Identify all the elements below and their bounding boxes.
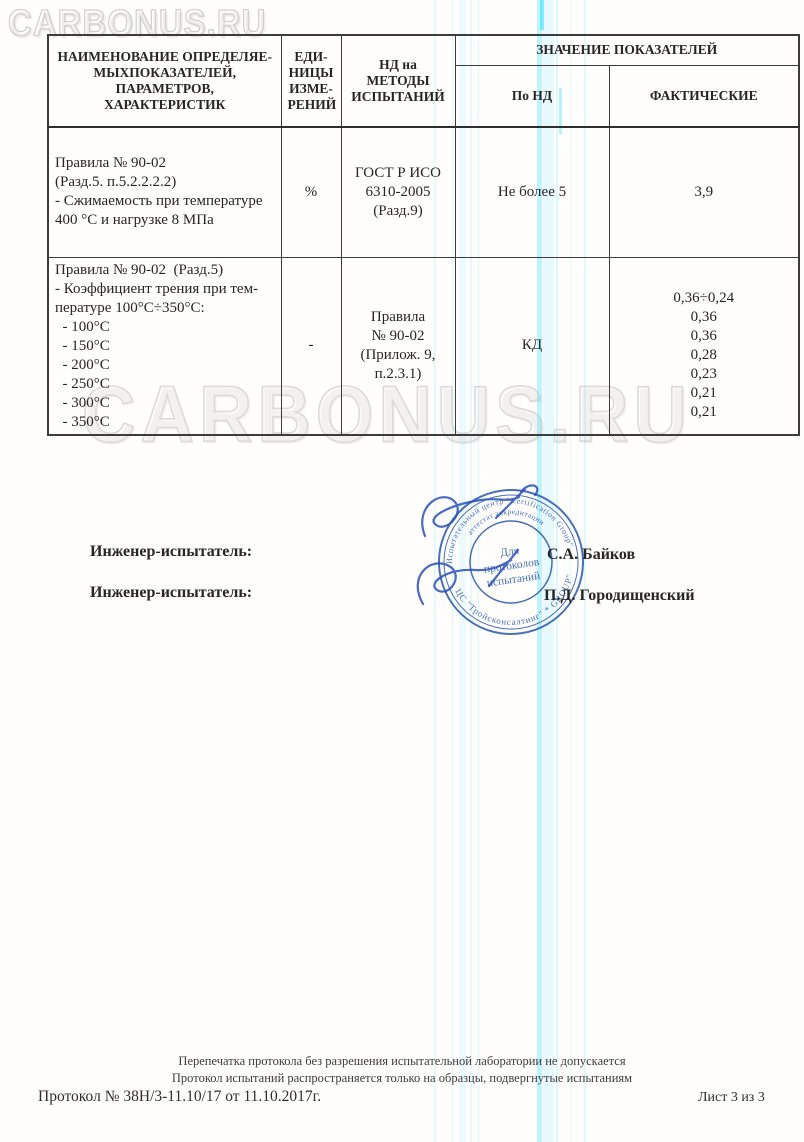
signature-name: С.А. Байков <box>547 546 635 564</box>
units-cell: - <box>281 257 341 435</box>
method-cell: ГОСТ Р ИСО 6310-2005 (Разд.9) <box>341 127 455 257</box>
signature-label: Инженер-испытатель: <box>90 543 252 561</box>
actual-value-cell: 0,36÷0,24 0,36 0,36 0,28 0,23 0,21 0,21 <box>609 257 799 435</box>
document-page: CARBONUS.RU CARBONUS.RU НАИМЕНОВАНИЕ ОПР… <box>0 0 804 1142</box>
results-table: НАИМЕНОВАНИЕ ОПРЕДЕЛЯЕ- МЫХПОКАЗАТЕЛЕЙ, … <box>47 34 800 436</box>
by-nd-cell: КД <box>455 257 609 435</box>
actual-value-cell: 3,9 <box>609 127 799 257</box>
header-method: НД на МЕТОДЫ ИСПЫТАНИЙ <box>341 35 455 127</box>
header-by-nd: По НД <box>455 65 609 127</box>
footer-notice-1: Перепечатка протокола без разрешения исп… <box>0 1054 804 1069</box>
scan-stripe <box>540 0 544 30</box>
table-header: НАИМЕНОВАНИЕ ОПРЕДЕЛЯЕ- МЫХПОКАЗАТЕЛЕЙ, … <box>48 35 799 127</box>
sheet-number: Лист 3 из 3 <box>698 1090 765 1106</box>
signature-label: Инженер-испытатель: <box>90 584 252 602</box>
table-row: Правила № 90-02 (Разд.5. п.5.2.2.2.2) - … <box>48 127 799 257</box>
header-parameter-name: НАИМЕНОВАНИЕ ОПРЕДЕЛЯЕ- МЫХПОКАЗАТЕЛЕЙ, … <box>48 35 281 127</box>
protocol-number: Протокол № 38Н/3-11.10/17 от 11.10.2017г… <box>38 1088 321 1106</box>
table-row: Правила № 90-02 (Разд.5) - Коэффициент т… <box>48 257 799 435</box>
param-name-cell: Правила № 90-02 (Разд.5) - Коэффициент т… <box>48 257 281 435</box>
method-cell: Правила № 90-02 (Прилож. 9, п.2.3.1) <box>341 257 455 435</box>
units-cell: % <box>281 127 341 257</box>
header-actual: ФАКТИЧЕСКИЕ <box>609 65 799 127</box>
footer-notice-2: Протокол испытаний распространяется толь… <box>0 1071 804 1086</box>
header-values-group: ЗНАЧЕНИЕ ПОКАЗАТЕЛЕЙ <box>455 35 799 65</box>
header-units: ЕДИ- НИЦЫ ИЗМЕ- РЕНИЙ <box>281 35 341 127</box>
by-nd-cell: Не более 5 <box>455 127 609 257</box>
param-name-cell: Правила № 90-02 (Разд.5. п.5.2.2.2.2) - … <box>48 127 281 257</box>
signature-name: П.Д. Городищенский <box>544 587 695 605</box>
